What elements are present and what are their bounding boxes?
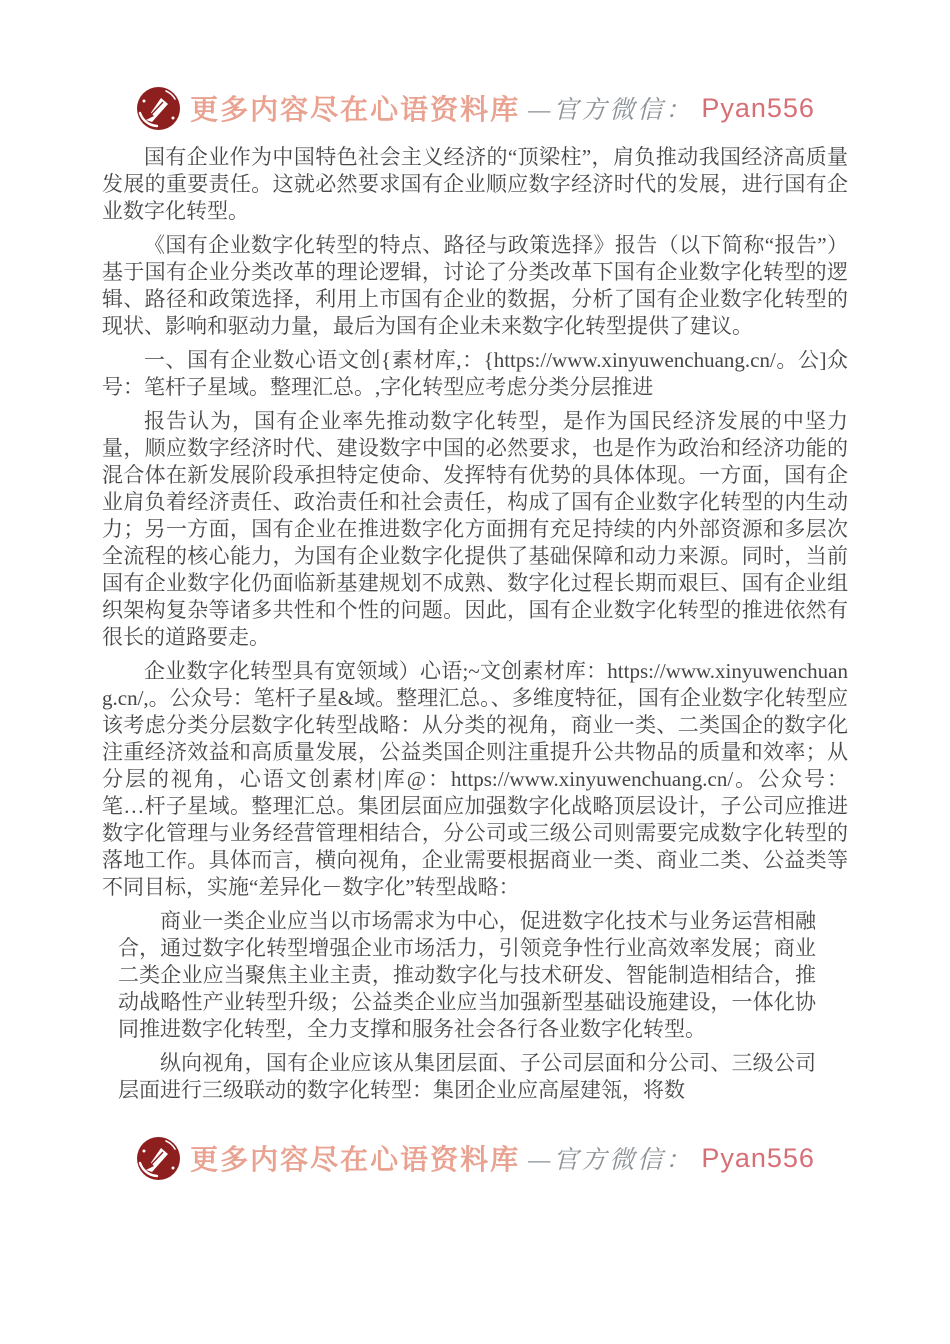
pen-logo-icon	[135, 1135, 182, 1182]
banner-wechat-id: Pyan556	[701, 1143, 815, 1174]
article-body: 国有企业作为中国特色社会主义经济的“顶梁柱”，肩负推动我国经济高质量发展的重要责…	[102, 144, 848, 1104]
section-heading-1: 一、国有企业数心语文创{素材库,：{https://www.xinyuwench…	[102, 347, 848, 401]
header-banner: 更多内容尽在心语资料库 —官方微信： Pyan556	[0, 0, 950, 134]
banner-wechat-label: —官方微信：	[528, 1140, 693, 1176]
banner-wechat-id: Pyan556	[701, 93, 815, 124]
paragraph-business-classes: 商业一类企业应当以市场需求为中心，促进数字化技术与业务运营相融合，通过数字化转型…	[118, 908, 816, 1043]
pen-logo-icon	[135, 85, 182, 132]
paragraph-report-view: 报告认为，国有企业率先推动数字化转型，是作为国民经济发展的中坚力量，顺应数字经济…	[102, 408, 848, 651]
document-page: 更多内容尽在心语资料库 —官方微信： Pyan556 国有企业作为中国特色社会主…	[0, 0, 950, 1344]
banner-wechat-label: —官方微信：	[528, 90, 693, 126]
paragraph-vertical-view: 纵向视角，国有企业应该从集团层面、子公司层面和分公司、三级公司层面进行三级联动的…	[118, 1050, 816, 1104]
banner-site-name: 更多内容尽在心语资料库	[190, 88, 520, 128]
footer-banner: 更多内容尽在心语资料库 —官方微信： Pyan556	[0, 1132, 950, 1184]
paragraph-intro: 国有企业作为中国特色社会主义经济的“顶梁柱”，肩负推动我国经济高质量发展的重要责…	[102, 144, 848, 225]
banner-site-name: 更多内容尽在心语资料库	[190, 1138, 520, 1178]
paragraph-wide-domain: 企业数字化转型具有宽领域）心语;~文创素材库：https://www.xinyu…	[102, 658, 848, 901]
paragraph-report-overview: 《国有企业数字化转型的特点、路径与政策选择》报告（以下简称“报告”）基于国有企业…	[102, 232, 848, 340]
